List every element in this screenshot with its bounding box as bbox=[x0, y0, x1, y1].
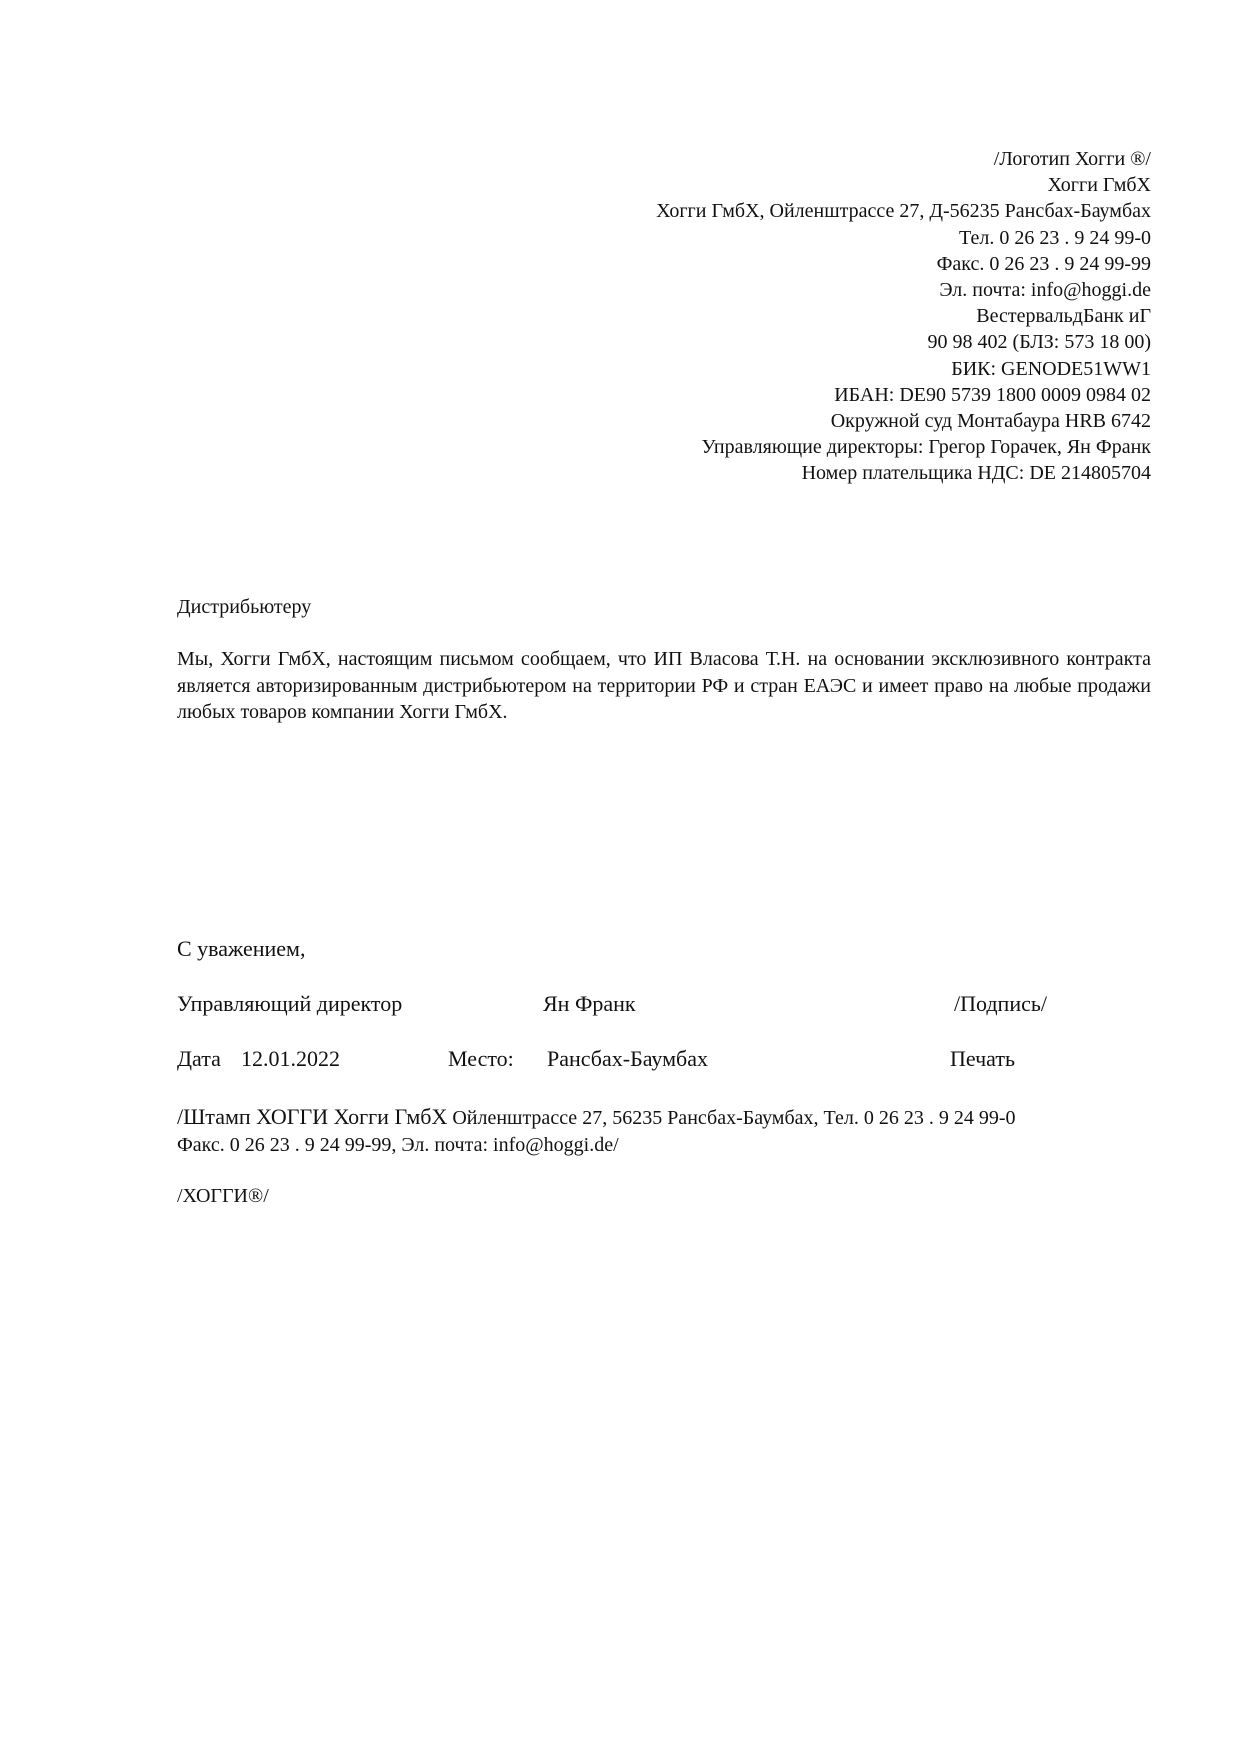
brand-mark: /ХОГГИ®/ bbox=[177, 1183, 269, 1209]
logo-placeholder: /Логотип Хогги ®/ bbox=[656, 146, 1151, 172]
letter-body: Мы, Хогги ГмбХ, настоящим письмом сообща… bbox=[177, 646, 1151, 726]
stamp-prefix: /Штамп ХОГГИ Хогги ГмбХ bbox=[177, 1104, 447, 1129]
signature-placeholder: /Подпись/ bbox=[954, 990, 1047, 1018]
signatory-name: Ян Франк bbox=[543, 990, 636, 1018]
company-fax: Факс. 0 26 23 . 9 24 99-99 bbox=[656, 251, 1151, 277]
stamp-address: Ойленштрассе 27, 56235 Рансбах-Баумбах, … bbox=[452, 1107, 1015, 1129]
signature-row: Управляющий директор Ян Франк /Подпись/ bbox=[177, 990, 1151, 1018]
company-email: Эл. почта: info@hoggi.de bbox=[656, 277, 1151, 303]
company-name: Хогги ГмбХ bbox=[656, 172, 1151, 198]
company-phone: Тел. 0 26 23 . 9 24 99-0 bbox=[656, 225, 1151, 251]
seal-label: Печать bbox=[950, 1045, 1015, 1073]
bank-name: ВестервальдБанк иГ bbox=[656, 303, 1151, 329]
bank-account: 90 98 402 (БЛЗ: 573 18 00) bbox=[656, 329, 1151, 355]
vat-number: Номер плательщика НДС: DE 214805704 bbox=[656, 460, 1151, 486]
bank-iban: ИБАН: DE90 5739 1800 0009 0984 02 bbox=[656, 382, 1151, 408]
place-value: Рансбах-Баумбах bbox=[547, 1045, 708, 1073]
letterhead: /Логотип Хогги ®/ Хогги ГмбХ Хогги ГмбХ,… bbox=[656, 146, 1151, 487]
recipient-salutation: Дистрибьютеру bbox=[177, 594, 311, 620]
managing-directors: Управляющие директоры: Грегор Горачек, Я… bbox=[656, 434, 1151, 460]
company-stamp: /Штамп ХОГГИ Хогги ГмбХ Ойленштрассе 27,… bbox=[177, 1104, 1177, 1158]
date-label: Дата bbox=[177, 1045, 221, 1073]
company-address: Хогги ГмбХ, Ойленштрассе 27, Д-56235 Ран… bbox=[656, 198, 1151, 224]
closing-phrase: С уважением, bbox=[177, 935, 305, 963]
date-place-row: Дата 12.01.2022 Место: Рансбах-Баумбах П… bbox=[177, 1045, 1151, 1073]
place-label: Место: bbox=[448, 1045, 514, 1073]
letter-page: /Логотип Хогги ®/ Хогги ГмбХ Хогги ГмбХ,… bbox=[0, 0, 1241, 1755]
date-value: 12.01.2022 bbox=[241, 1045, 340, 1073]
court-registration: Окружной суд Монтабаура HRB 6742 bbox=[656, 408, 1151, 434]
stamp-contacts: Факс. 0 26 23 . 9 24 99-99, Эл. почта: i… bbox=[177, 1132, 1177, 1159]
bank-bic: БИК: GENODE51WW1 bbox=[656, 356, 1151, 382]
position-label: Управляющий директор bbox=[177, 990, 402, 1018]
